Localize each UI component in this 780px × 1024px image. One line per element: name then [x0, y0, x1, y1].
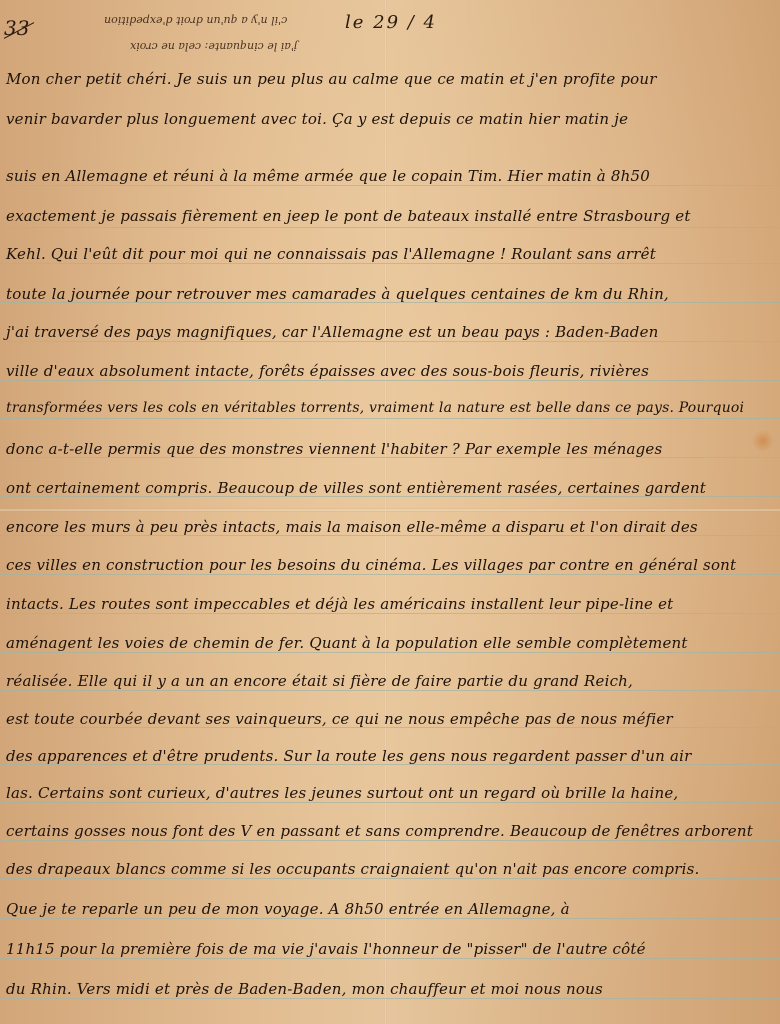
letter-line: ville d'eaux absolument intacte, forêts …	[6, 362, 776, 380]
upside-down-margin-note: j'ai le cinquante: cela ne croix	[130, 40, 297, 53]
letter-line: des apparences et d'être prudents. Sur l…	[6, 747, 776, 765]
letter-date: le 29 / 4	[345, 12, 437, 33]
letter-line: Que je te reparle un peu de mon voyage. …	[6, 900, 776, 918]
letter-line: intacts. Les routes sont impeccables et …	[6, 595, 776, 613]
horizontal-fold-crease	[0, 508, 780, 512]
letter-line: las. Certains sont curieux, d'autres les…	[6, 784, 776, 802]
ruled-line	[0, 613, 780, 614]
letter-line: exactement je passais fièrement en jeep …	[6, 207, 776, 225]
letter-line: 11h15 pour la première fois de ma vie j'…	[6, 940, 776, 958]
letter-line: ces villes en construction pour les beso…	[6, 556, 776, 574]
ruled-line	[0, 958, 780, 959]
ruled-line	[0, 840, 780, 841]
ruled-line	[0, 878, 780, 879]
ruled-line	[0, 574, 780, 575]
letter-line: Kehl. Qui l'eût dit pour moi qui ne conn…	[6, 245, 776, 263]
letter-page: 33 c'il n'y a qu'un droit d'expedition j…	[0, 0, 780, 1024]
ruled-line	[0, 227, 780, 228]
ruled-line	[0, 918, 780, 919]
letter-line: ont certainement compris. Beaucoup de vi…	[6, 479, 776, 497]
letter-line: j'ai traversé des pays magnifiques, car …	[6, 323, 776, 341]
letter-line: venir bavarder plus longuement avec toi.…	[6, 110, 776, 128]
letter-line: encore les murs à peu près intacts, mais…	[6, 518, 776, 536]
ruled-line	[0, 998, 780, 999]
letter-line: toute la journée pour retrouver mes cama…	[6, 285, 776, 303]
letter-line: transformées vers les cols en véritables…	[6, 400, 776, 416]
ruled-line	[0, 652, 780, 653]
ruled-line	[0, 690, 780, 691]
ruled-line	[0, 263, 780, 264]
letter-line: est toute courbée devant ses vainqueurs,…	[6, 710, 776, 728]
ruled-line	[0, 185, 780, 186]
letter-line: suis en Allemagne et réuni à la même arm…	[6, 167, 776, 185]
letter-line: aménagent les voies de chemin de fer. Qu…	[6, 634, 776, 652]
ruled-line	[0, 418, 780, 419]
letter-line: donc a-t-elle permis que des monstres vi…	[6, 440, 776, 458]
ruled-line	[0, 802, 780, 803]
letter-line: certains gosses nous font des V en passa…	[6, 822, 776, 840]
letter-line: du Rhin. Vers midi et près de Baden-Bade…	[6, 980, 776, 998]
letter-line: Mon cher petit chéri. Je suis un peu plu…	[6, 70, 776, 88]
ruled-line	[0, 380, 780, 381]
letter-line: des drapeaux blancs comme si les occupan…	[6, 860, 776, 878]
upside-down-margin-note: c'il n'y a qu'un droit d'expedition	[104, 14, 287, 27]
ruled-line	[0, 341, 780, 342]
letter-line: réalisée. Elle qui il y a un an encore é…	[6, 672, 776, 690]
